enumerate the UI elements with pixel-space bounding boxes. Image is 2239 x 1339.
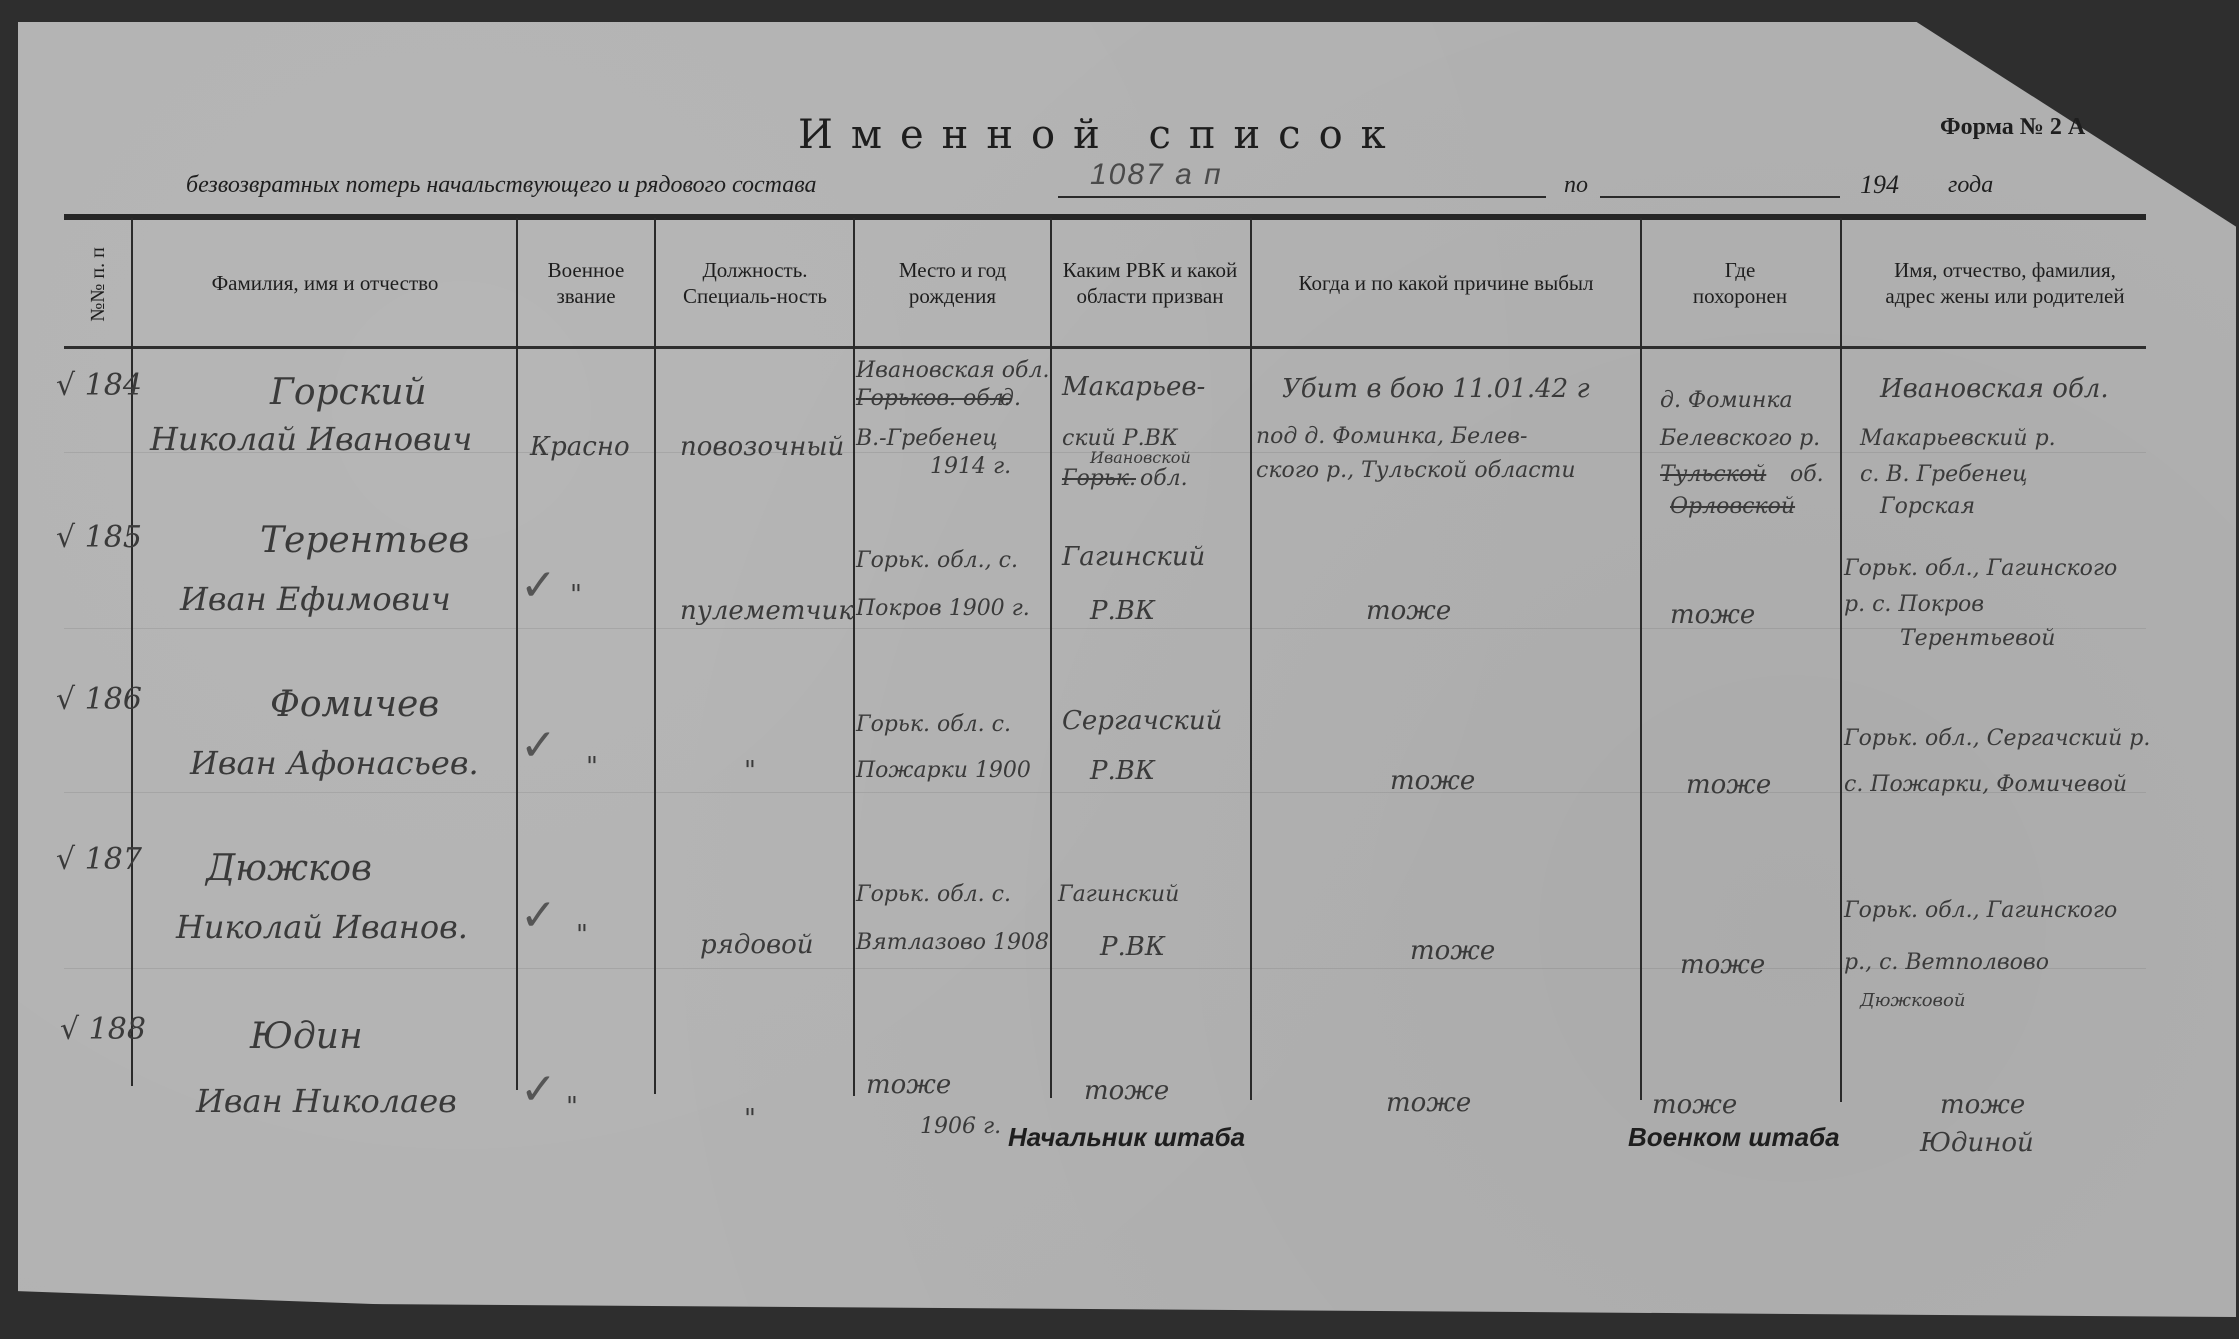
chief-of-staff-label: Начальник штаба — [1008, 1122, 1245, 1153]
birth-line: Ивановская обл. — [856, 358, 1049, 383]
date-underline — [1600, 196, 1840, 198]
birth-line: Пожарки 1900 — [856, 758, 1031, 783]
surname: Фомичев — [270, 684, 439, 725]
kin-line: р., с. Ветполвово — [1844, 950, 2049, 975]
birth-line: Горьк. обл., с. — [856, 548, 1018, 573]
birth-line: тоже — [866, 1070, 951, 1100]
buried: тоже — [1670, 600, 1755, 630]
column-divider — [654, 218, 656, 1094]
column-divider — [1840, 218, 1842, 1102]
column-divider — [1250, 218, 1252, 1100]
kin-line: Дюжковой — [1860, 990, 1965, 1011]
when-why-line: под д. Фоминка, Белев- — [1256, 424, 1527, 449]
when-why-line: ского р., Тульской области — [1256, 458, 1576, 483]
buried: тоже — [1686, 770, 1771, 800]
kin-line: с. В. Гребенец — [1860, 462, 2027, 487]
rvk-line: Макарьев- — [1062, 372, 1205, 402]
header-name: Фамилия, имя и отчество — [135, 222, 515, 344]
header-rank: Военное звание — [520, 222, 652, 344]
surname: Терентьев — [260, 520, 469, 561]
given-names: Николай Иванович — [150, 420, 472, 458]
header-birth: Место и год рождения — [870, 222, 1035, 344]
position: " — [744, 1104, 756, 1134]
kin-line: Горская — [1880, 494, 1975, 519]
check-mark-icon: ✓ — [520, 890, 557, 941]
birth-struck: Горьков. обл. — [856, 386, 1011, 411]
rank: Красно — [530, 432, 630, 462]
buried-struck: Тульской — [1660, 462, 1766, 487]
rvk-line: Р.ВК — [1090, 756, 1155, 786]
when-why-line: Убит в бою 11.01.42 г — [1282, 374, 1590, 404]
to-label: по — [1564, 172, 1588, 199]
rank: " — [576, 920, 588, 950]
kin-line: Терентьевой — [1900, 626, 2055, 651]
column-divider — [1050, 218, 1052, 1098]
buried-line: Белевского р. — [1660, 426, 1820, 451]
row-number: √ 184 — [56, 368, 142, 403]
year-prefix: 194 — [1860, 170, 1899, 200]
check-mark-icon: ✓ — [520, 720, 557, 771]
rvk-line: Р.ВК — [1090, 596, 1155, 626]
header-num: №№ п. п — [78, 224, 118, 344]
birth-line: В.-Гребенец — [856, 426, 998, 451]
rvk-line: Гагинский — [1058, 882, 1179, 907]
buried: тоже — [1680, 950, 1765, 980]
given-names: Николай Иванов. — [176, 908, 468, 946]
birth-line: Горьк. обл. с. — [856, 882, 1011, 907]
given-names: Иван Николаев — [196, 1082, 457, 1120]
header-position: Должность. Специаль-ность — [680, 222, 830, 344]
ruling-line — [64, 628, 2146, 629]
kin-line: с. Пожарки, Фомичевой — [1844, 772, 2127, 797]
header-bottom-rule — [64, 346, 2146, 349]
when-why: тоже — [1410, 936, 1495, 966]
header-buried: Где похоронен — [1680, 222, 1800, 344]
rank: " — [586, 752, 598, 782]
row-number: √ 187 — [56, 842, 142, 877]
kin-line: Ивановская обл. — [1880, 374, 2109, 404]
rank: " — [566, 1092, 578, 1122]
rank: " — [570, 580, 582, 610]
kin-line: Горьк. обл., Гагинского — [1844, 556, 2117, 581]
when-why: тоже — [1386, 1088, 1471, 1118]
check-mark-icon: ✓ — [520, 1064, 557, 1115]
birth-line: Покров 1900 г. — [856, 596, 1030, 621]
birth-line: Горьк. обл. с. — [856, 712, 1011, 737]
birth-line: Вятлазово 1908 — [856, 930, 1049, 955]
given-names: Иван Ефимович — [180, 580, 451, 618]
when-why: тоже — [1390, 766, 1475, 796]
kin-line: Горьк. обл., Гагинского — [1844, 898, 2117, 923]
column-divider — [131, 218, 133, 1086]
document-subtitle: безвозвратных потерь начальствующего и р… — [186, 172, 817, 199]
document-title: Именной список — [798, 112, 1404, 158]
rvk-struck: Горьк. — [1062, 466, 1136, 491]
surname: Юдин — [250, 1016, 363, 1057]
birth-year: 1914 г. — [930, 454, 1011, 479]
position: рядовой — [700, 930, 814, 960]
kin-line: Горьк. обл., Сергачский р. — [1844, 726, 2150, 751]
kin-line: тоже — [1940, 1090, 2025, 1120]
unit-handwritten: 1087 а п — [1090, 158, 1223, 192]
kin-line: р. с. Покров — [1844, 592, 1984, 617]
column-divider — [853, 218, 855, 1096]
buried-line: д. Фоминка — [1660, 388, 1793, 413]
kin-line: Юдиной — [1920, 1128, 2034, 1158]
when-why: тоже — [1366, 596, 1451, 626]
column-divider — [516, 218, 518, 1090]
unit-underline — [1058, 196, 1546, 198]
position: пулеметчик — [680, 596, 854, 626]
buried-line: об. — [1790, 462, 1824, 487]
birth-line: д. — [1000, 386, 1021, 411]
row-number: √ 186 — [56, 682, 142, 717]
row-number: √ 185 — [56, 520, 142, 555]
ruling-line — [64, 968, 2146, 969]
buried-struck: Орловской — [1670, 494, 1795, 519]
rvk: тоже — [1084, 1076, 1169, 1106]
birth-year: 1906 г. — [920, 1114, 1001, 1139]
header-kin: Имя, отчество, фамилия, адрес жены или р… — [1880, 222, 2130, 344]
kin-line: Макарьевский р. — [1860, 426, 2056, 451]
header-rvk: Каким РВК и какой области призван — [1054, 222, 1246, 344]
rvk-line: Ивановской — [1090, 448, 1191, 467]
position: повозочный — [680, 432, 844, 462]
buried: тоже — [1652, 1090, 1737, 1120]
given-names: Иван Афонасьев. — [190, 744, 479, 782]
rvk-line: Р.ВК — [1100, 932, 1165, 962]
rvk-line: Сергачский — [1062, 706, 1222, 736]
rvk-line: обл. — [1140, 466, 1188, 491]
year-suffix: года — [1948, 172, 1993, 199]
surname: Дюжков — [206, 848, 372, 889]
form-number: Форма № 2 А — [1940, 114, 2085, 141]
rvk-line: Гагинский — [1062, 542, 1205, 572]
commissar-label: Военком штаба — [1628, 1122, 1840, 1153]
ruling-line — [64, 792, 2146, 793]
position: " — [744, 756, 756, 786]
row-number: √ 188 — [60, 1012, 146, 1047]
header-when-why: Когда и по какой причине выбыл — [1254, 222, 1638, 344]
table-top-rule — [64, 214, 2146, 220]
column-divider — [1640, 218, 1642, 1100]
surname: Горский — [270, 372, 427, 413]
check-mark-icon: ✓ — [520, 560, 557, 611]
